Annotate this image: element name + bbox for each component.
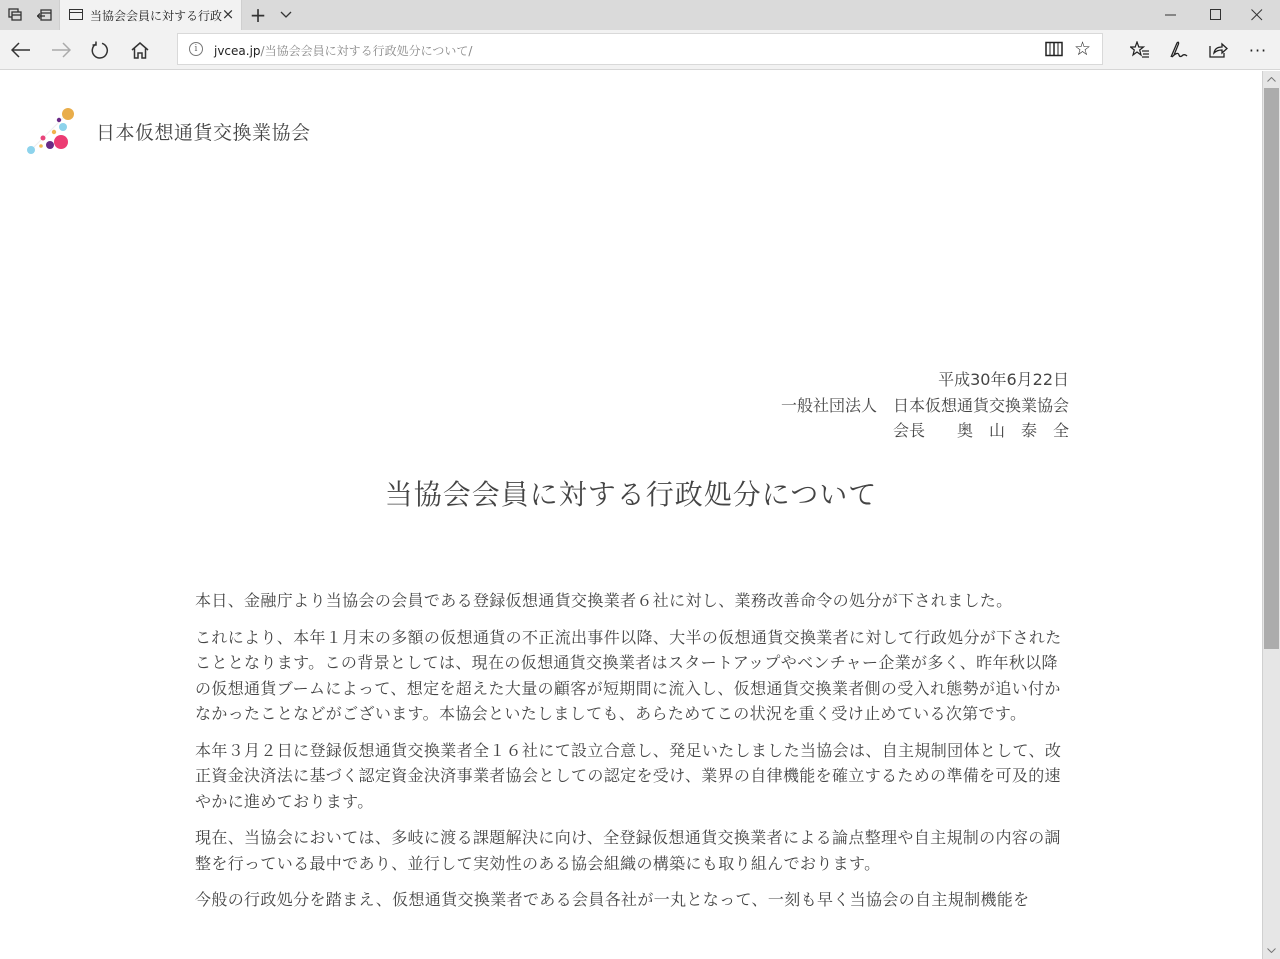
tabs-aside-icon[interactable] — [0, 0, 30, 30]
vertical-scrollbar[interactable] — [1262, 71, 1280, 959]
tab-title: 当協会会員に対する行政 — [90, 7, 222, 24]
chairman-name: 会長 奥 山 泰 全 — [781, 418, 1069, 444]
minimize-icon — [1165, 14, 1177, 16]
organization-name: 一般社団法人 日本仮想通貨交換業協会 — [781, 393, 1069, 419]
site-info-icon[interactable]: i — [189, 42, 203, 56]
back-button[interactable] — [1, 30, 41, 70]
home-icon — [131, 42, 149, 59]
close-icon — [1251, 9, 1263, 21]
url-path: /当協会会員に対する行政処分について/ — [261, 44, 473, 58]
chevron-down-icon — [1267, 948, 1276, 953]
page-content: 日本仮想通貨交換業協会 平成30年6月22日 一般社団法人 日本仮想通貨交換業協… — [0, 71, 1262, 959]
back-arrow-icon — [11, 42, 31, 58]
reading-view-icon[interactable] — [1045, 41, 1063, 57]
site-name[interactable]: 日本仮想通貨交換業協会 — [96, 118, 311, 145]
paragraph: これにより、本年１月末の多額の仮想通貨の不正流出事件以降、大半の仮想通貨交換業者… — [195, 625, 1070, 727]
navigation-bar: i jvcea.jp/当協会会員に対する行政処分について/ ☆ ··· — [0, 30, 1280, 70]
page-favicon-icon — [69, 9, 83, 20]
maximize-icon — [1210, 9, 1222, 21]
address-bar[interactable]: i jvcea.jp/当協会会員に対する行政処分について/ ☆ — [177, 33, 1103, 65]
url-text[interactable]: jvcea.jp/当協会会員に対する行政処分について/ — [214, 42, 472, 59]
page-title: 当協会会員に対する行政処分について — [0, 473, 1262, 513]
tab-list-chevron-down-icon[interactable] — [275, 4, 297, 26]
refresh-icon — [91, 41, 109, 59]
paragraph: 今般の行政処分を踏まえ、仮想通貨交換業者である会員各社が一丸となって、一刻も早く… — [195, 887, 1070, 913]
chevron-up-icon — [1267, 77, 1276, 82]
favorites-list-icon — [1130, 41, 1150, 59]
pen-icon — [1169, 41, 1189, 59]
url-host: jvcea.jp — [214, 44, 261, 58]
paragraph: 本年３月２日に登録仮想通貨交換業者全１６社にて設立合意し、発足いたしました当協会… — [195, 738, 1070, 815]
favorites-hub-button[interactable] — [1120, 30, 1160, 70]
scrollbar-thumb[interactable] — [1264, 88, 1279, 649]
share-icon — [1208, 41, 1228, 59]
more-button[interactable]: ··· — [1238, 30, 1278, 70]
set-tabs-aside-icon[interactable] — [30, 0, 60, 30]
star-icon[interactable]: ☆ — [1074, 38, 1091, 60]
tab-close-button[interactable]: × — [219, 5, 237, 23]
new-tab-button[interactable]: + — [246, 4, 270, 26]
scroll-down-button[interactable] — [1263, 942, 1280, 959]
paragraph: 現在、当協会においては、多岐に渡る課題解決に向け、全登録仮想通貨交換業者による論… — [195, 825, 1070, 876]
refresh-button[interactable] — [80, 30, 120, 70]
forward-arrow-icon — [51, 42, 71, 58]
home-button[interactable] — [120, 30, 160, 70]
document-header: 平成30年6月22日 一般社団法人 日本仮想通貨交換業協会 会長 奥 山 泰 全 — [781, 367, 1069, 444]
maximize-button[interactable] — [1193, 0, 1239, 30]
document-body: 本日、金融庁より当協会の会員である登録仮想通貨交換業者６社に対し、業務改善命令の… — [195, 588, 1070, 924]
title-bar: 当協会会員に対する行政 × + — [0, 0, 1280, 30]
document-date: 平成30年6月22日 — [781, 367, 1069, 393]
minimize-button[interactable] — [1148, 0, 1194, 30]
site-logo[interactable] — [24, 105, 78, 157]
tab-active[interactable]: 当協会会員に対する行政 × — [59, 0, 242, 31]
web-note-button[interactable] — [1159, 30, 1199, 70]
scroll-up-button[interactable] — [1263, 71, 1280, 88]
close-window-button[interactable] — [1234, 0, 1280, 30]
forward-button[interactable] — [41, 30, 81, 70]
share-button[interactable] — [1198, 30, 1238, 70]
paragraph: 本日、金融庁より当協会の会員である登録仮想通貨交換業者６社に対し、業務改善命令の… — [195, 588, 1070, 614]
